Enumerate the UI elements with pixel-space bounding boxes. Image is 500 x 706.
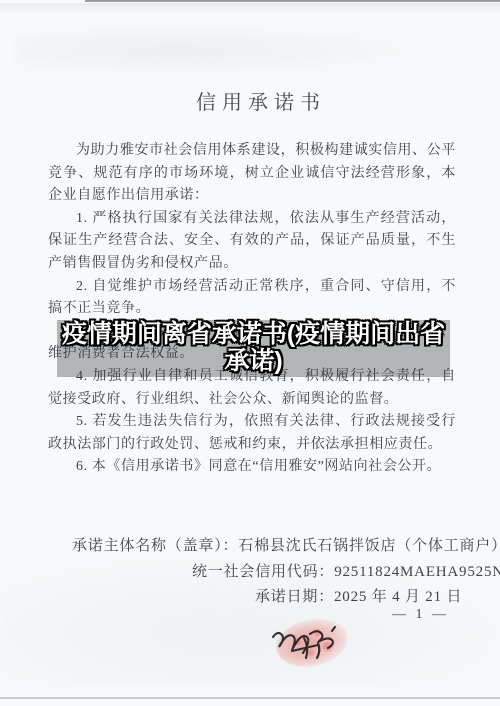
document-paragraph-item6: 6. 本《信用承诺书》同意在“信用雅安”网站向社会公开。	[48, 456, 456, 479]
page-top-edge-line	[85, 0, 500, 2]
document-paragraph-intro: 为助力雅安市社会信用体系建设，积极构建诚实信用、公平竞争、规范有序的市场环境，树…	[48, 140, 456, 208]
document-body: 为助力雅安市社会信用体系建设，积极构建诚实信用、公平竞争、规范有序的市场环境，树…	[48, 140, 456, 479]
page-bottom-edge-line	[0, 697, 500, 699]
page-number: — 1 —	[392, 607, 449, 623]
scanned-document-page: 信用承诺书 为助力雅安市社会信用体系建设，积极构建诚实信用、公平竞争、规范有序的…	[0, 0, 500, 706]
caption-overlay-band: 疫情期间离省承诺书(疫情期间出省承诺)	[57, 320, 450, 377]
caption-overlay-text: 疫情期间离省承诺书(疫情期间出省承诺)	[50, 321, 457, 375]
scan-shadow-top	[0, 3, 500, 13]
document-paragraph-item1: 1. 严格执行国家有关法律法规，依法从事生产经营活动，保证生产经营合法、安全、有…	[48, 208, 456, 276]
signature-credit-code-line: 统一社会信用代码：92511824MAEHA9525N	[192, 560, 500, 581]
handwritten-signature	[266, 621, 358, 669]
signature-subject-line: 承诺主体名称（盖章）：石棉县沈氏石锅拌饭店（个体工商户）	[72, 534, 500, 555]
scan-noise-blob	[15, 26, 415, 74]
document-paragraph-item2: 2. 自觉维护市场经营活动正常秩序，重合同、守信用，不搞不正当竞争。	[48, 276, 456, 321]
signature-date-line: 承诺日期：2025 年 4 月 21 日	[255, 585, 462, 606]
document-paragraph-item5: 5. 若发生违法失信行为，依照有关法律、行政法规接受行政执法部门的行政处罚、惩戒…	[48, 411, 456, 456]
document-title: 信用承诺书	[0, 86, 500, 115]
